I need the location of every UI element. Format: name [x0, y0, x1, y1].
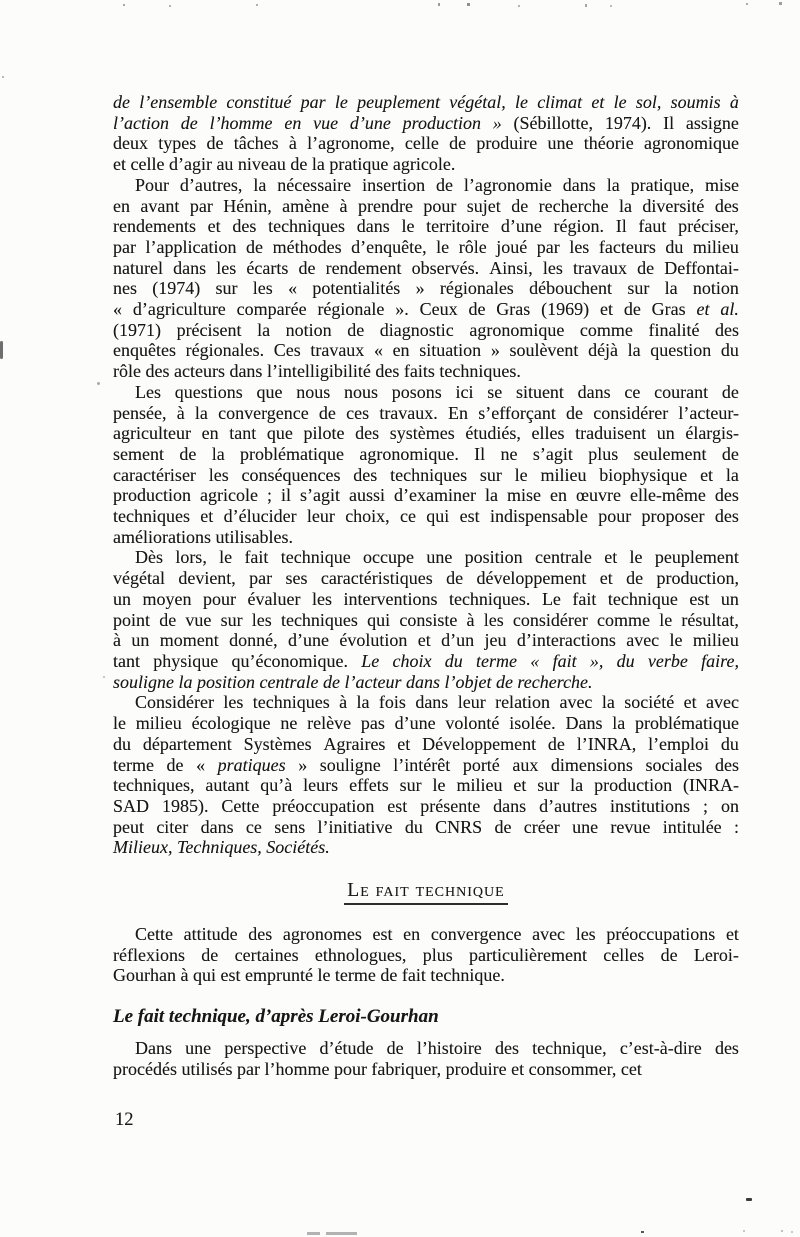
text-line: «d’agriculturecomparéerégionale».CeuxdeG…: [113, 299, 739, 320]
word: celle: [405, 133, 439, 154]
word: comparée: [237, 299, 307, 320]
word: à: [339, 692, 347, 713]
word: travaux: [310, 340, 364, 361]
word: choix: [393, 651, 432, 672]
word: les: [543, 258, 563, 279]
word: dans: [563, 175, 596, 196]
word: d’un: [441, 630, 474, 651]
word: l’application: [146, 237, 237, 258]
word: d’autres: [539, 796, 597, 817]
word: à: [289, 133, 297, 154]
word: la: [253, 175, 266, 196]
paragraph: Pourd’autres,lanécessaireinsertiondel’ag…: [113, 175, 739, 382]
word: Cette: [221, 796, 259, 817]
word: une: [548, 133, 574, 154]
word: se: [487, 382, 502, 403]
word: société: [624, 692, 674, 713]
word: considérer: [513, 610, 588, 631]
text-line: sementdelaproblématiqueagronomique.Ilnes…: [113, 444, 739, 465]
text-line: pointdevuesurlestechniquesquiconsisteàle…: [113, 610, 739, 631]
word: soulèvent: [509, 340, 578, 361]
word: fois: [379, 692, 406, 713]
word: diagnostic: [380, 320, 454, 341]
word: milieu: [456, 775, 502, 796]
word: SAD: [113, 796, 149, 817]
word: un: [721, 589, 739, 610]
word: d’étude: [319, 1038, 373, 1059]
text-line: productionagricole;ils’agitaussid’examin…: [113, 485, 739, 506]
word: d’interactions: [517, 630, 616, 651]
word: recherche: [539, 196, 609, 217]
word: Les: [135, 382, 161, 403]
word: de: [566, 403, 583, 424]
text-line: Pourd’autres,lanécessaireinsertiondel’ag…: [113, 175, 739, 196]
word: Le: [361, 651, 379, 672]
word: »: [491, 340, 500, 361]
word: et: [600, 568, 613, 589]
word: Dans: [565, 713, 602, 734]
word: techniques: [268, 216, 345, 237]
word: qui: [367, 610, 390, 631]
word: à: [177, 403, 185, 424]
word: avant: [140, 196, 179, 217]
word: nous: [296, 382, 330, 403]
word: l’agronome,: [307, 133, 394, 154]
text-line: enavantparHénin,amèneàprendrepoursujetde…: [113, 196, 739, 217]
text-column: del’ensembleconstituéparlepeuplementvégé…: [113, 92, 739, 1130]
scan-speck: [438, 3, 440, 6]
word: on: [721, 796, 739, 817]
word: Cette: [135, 924, 173, 945]
text-line: termede«pratiques»soulignel’intérêtporté…: [113, 755, 739, 776]
text-line: peutciterdanscesensl’initiativeduCNRSdec…: [113, 817, 739, 838]
word: devient,: [178, 568, 235, 589]
scan-speck: [169, 5, 171, 7]
word: de: [722, 382, 739, 403]
word: sur: [400, 775, 422, 796]
word: travaux: [573, 258, 627, 279]
word: du: [113, 734, 131, 755]
word: et: [700, 465, 713, 486]
word: des: [715, 196, 739, 217]
word: les: [223, 692, 243, 713]
text-line: agriculteurentantquepilotedessystèmesétu…: [113, 423, 739, 444]
word: les: [209, 465, 229, 486]
scan-speck: [2, 76, 4, 78]
word: ».: [395, 299, 409, 320]
word: la: [612, 713, 625, 734]
word: l’emploi: [648, 734, 709, 755]
paragraph: Considérerlestechniquesàlafoisdansleurre…: [113, 692, 739, 858]
word: développement: [476, 568, 586, 589]
word: consiste: [399, 610, 457, 631]
word: citer: [156, 817, 188, 838]
text-line: Gourhan à qui est emprunté le terme de f…: [113, 965, 739, 986]
word: ne: [280, 713, 297, 734]
text-line: l’actiondel’hommeenvued’uneproduction»(S…: [113, 113, 739, 134]
word: (INRA-: [683, 775, 739, 796]
word: convergence: [431, 924, 522, 945]
word: la: [485, 485, 498, 506]
word: dans: [578, 382, 611, 403]
text-line: lemilieuécologiquenerelèvepasd’unevolont…: [113, 713, 739, 734]
word: deux: [113, 133, 148, 154]
text-line: natureldanslesécartsderendementobservés.…: [113, 258, 739, 279]
word: revue: [610, 817, 650, 838]
word: réflexions: [113, 945, 185, 966]
text-line: enquêtesrégionales.Cestravaux«ensituatio…: [113, 340, 739, 361]
word: seulement: [634, 444, 707, 465]
word: Développement: [422, 734, 536, 755]
word: production: [594, 775, 672, 796]
word: ce: [246, 817, 262, 838]
word: mise: [705, 175, 739, 196]
word: convergence: [218, 403, 309, 424]
word: le: [614, 92, 627, 113]
text-line: Dèslors,lefaittechniqueoccupeuneposition…: [113, 547, 739, 568]
word: résultat,: [681, 610, 738, 631]
word: de: [626, 568, 643, 589]
word: ces: [346, 403, 369, 424]
word: notion: [286, 320, 332, 341]
word: choix,: [345, 506, 390, 527]
word: prendre: [358, 196, 413, 217]
word: et: [397, 734, 410, 755]
word: de: [179, 444, 196, 465]
word: d’autres,: [180, 175, 242, 196]
word: climat: [537, 92, 582, 113]
word: effets: [349, 775, 389, 796]
text-line: rôle des acteurs dans l’intelligibilité …: [113, 361, 739, 382]
word: territoire: [426, 216, 489, 237]
word: assigne: [686, 113, 739, 134]
word: régionales: [440, 278, 514, 299]
text-segment: souligne la position centrale de l’acteu…: [113, 672, 593, 692]
word: »,: [590, 651, 604, 672]
word: la: [607, 175, 620, 196]
word: du: [721, 734, 739, 755]
word: d’une: [350, 113, 391, 134]
word: le: [113, 713, 126, 734]
word: l’INRA,: [577, 734, 637, 755]
word: ne: [501, 444, 518, 465]
word: problématique: [240, 444, 344, 465]
word: créer: [524, 817, 560, 838]
word: les: [484, 610, 504, 631]
word: Il: [663, 113, 674, 134]
word: de: [347, 320, 364, 341]
word: enquêtes: [113, 340, 176, 361]
word: considérer: [593, 403, 668, 424]
word: dimensions: [551, 755, 633, 776]
word: de: [113, 92, 130, 113]
word: milieu: [136, 713, 182, 734]
word: en: [393, 340, 410, 361]
word: sur: [221, 610, 243, 631]
word: faire,: [701, 651, 739, 672]
word: le: [219, 547, 232, 568]
text-segment: rôle des acteurs dans l’intelligibilité …: [113, 361, 521, 381]
word: la: [726, 465, 739, 486]
word: «: [288, 278, 297, 299]
word: fait: [572, 589, 596, 610]
scan-speck: [256, 4, 258, 6]
word: insertion: [362, 175, 425, 196]
word: Hénin,: [223, 196, 272, 217]
text-line: souligne la position centrale de l’acteu…: [113, 672, 739, 693]
word: pilote: [303, 423, 344, 444]
word: naturel: [113, 258, 163, 279]
word: aux: [512, 755, 538, 776]
word: lors,: [175, 547, 207, 568]
word: centrale: [535, 547, 592, 568]
word: techniques: [281, 610, 358, 631]
word: est: [689, 589, 709, 610]
word: verbe: [648, 651, 688, 672]
word: pas: [361, 713, 385, 734]
word: biophysique: [599, 465, 687, 486]
word: écologique: [192, 713, 271, 734]
word: d’examiner: [394, 485, 476, 506]
word: ethnologues,: [315, 945, 407, 966]
paragraph: del’ensembleconstituéparlepeuplementvégé…: [113, 92, 739, 175]
word: caractériser: [113, 465, 196, 486]
word: potentialités: [312, 278, 400, 299]
word: du: [617, 651, 635, 672]
word: méthodes: [273, 237, 342, 258]
word: «: [196, 755, 205, 776]
word: de: [201, 945, 218, 966]
word: notion: [693, 278, 739, 299]
word: milieu: [693, 237, 739, 258]
word: 1985).: [162, 796, 209, 817]
word: région.: [554, 216, 604, 237]
word: le: [335, 92, 348, 113]
word: l’agronomie: [464, 175, 552, 196]
word: il: [281, 485, 291, 506]
text-line: unmoyenpourévaluerlesinterventionstechni…: [113, 589, 739, 610]
text-line: del’ensembleconstituéparlepeuplementvégé…: [113, 92, 739, 113]
text-line: àunmomentdonné,d’uneévolutionetd’unjeud’…: [113, 630, 739, 651]
word: plus: [423, 945, 453, 966]
word: Ceux: [420, 299, 458, 320]
word: étudiés,: [465, 423, 521, 444]
word: la: [619, 196, 632, 217]
word: l’acteur-: [678, 403, 739, 424]
scan-speck: [103, 676, 105, 678]
word: produire: [476, 133, 537, 154]
word: végétal,: [449, 92, 505, 113]
word: tant: [229, 423, 256, 444]
word: Pour: [135, 175, 169, 196]
word: le: [433, 775, 446, 796]
word: pratique,: [631, 175, 694, 196]
word: s’agit: [533, 444, 573, 465]
text-line: (1971)précisentlanotiondediagnosticagron…: [113, 320, 739, 341]
word: Le: [542, 589, 561, 610]
word: moment: [160, 630, 219, 651]
text-line: tantphysiquequ’économique.Lechoixduterme…: [113, 651, 739, 672]
text-line: pensée,àlaconvergencedecestravaux.Ens’ef…: [113, 403, 739, 424]
text-line: Lesquestionsquenousnousposonsicisesituen…: [113, 382, 739, 403]
word: et: [600, 299, 613, 320]
word: conséquences: [242, 465, 341, 486]
scan-speck: [97, 382, 100, 385]
word: peuplement: [655, 547, 739, 568]
word: régionale: [317, 299, 384, 320]
word: jeu: [484, 630, 506, 651]
text-segment: améliorations utilisables.: [113, 527, 293, 547]
word: de: [319, 403, 336, 424]
scan-speck: [791, 1231, 793, 1233]
word: perspective: [224, 1038, 306, 1059]
word: terme: [476, 651, 517, 672]
word: de: [637, 258, 654, 279]
word: évolution: [339, 630, 407, 651]
word: vue: [185, 610, 211, 631]
word: peut: [113, 817, 144, 838]
word: agronomes: [283, 924, 362, 945]
word: peuplement: [357, 92, 440, 113]
word: les: [312, 589, 332, 610]
word: en: [403, 924, 420, 945]
word: (1969): [541, 299, 589, 320]
word: pour: [423, 196, 456, 217]
word: sement: [113, 444, 164, 465]
word: théorie: [584, 133, 634, 154]
word: une: [185, 1038, 211, 1059]
word: d’une: [288, 630, 329, 651]
word: leur: [458, 692, 486, 713]
text-segment: Milieux, Techniques, Sociétés.: [113, 837, 330, 857]
word: des: [715, 755, 739, 776]
word: les: [252, 610, 272, 631]
word: CNRS: [435, 817, 482, 838]
text-line: techniques,autantqu’àleurseffetssurlemil…: [113, 775, 739, 796]
word: que: [256, 382, 282, 403]
word: les: [569, 237, 589, 258]
word: de: [624, 299, 641, 320]
word: la: [257, 320, 270, 341]
word: par: [537, 237, 560, 258]
word: qu’à: [260, 775, 292, 796]
word: à: [340, 196, 348, 217]
word: dans: [201, 817, 234, 838]
word: rôle: [459, 237, 487, 258]
word: comme: [580, 320, 633, 341]
word: sujet: [467, 196, 501, 217]
word: pour: [203, 589, 236, 610]
text-line: rendementsetdestechniquesdansleterritoir…: [113, 216, 739, 237]
word: de: [159, 610, 176, 631]
word: traduisent: [575, 423, 646, 444]
word: avec: [559, 692, 592, 713]
paragraph: Lesquestionsquenousnousposonsicisesituen…: [113, 382, 739, 548]
word: diversité: [642, 196, 704, 217]
word: particulièrement: [469, 945, 587, 966]
word: préoccupations: [606, 924, 715, 945]
word: courant: [654, 382, 708, 403]
word: les: [253, 278, 273, 299]
word: le: [630, 547, 643, 568]
text-line: dudépartementSystèmesAgrairesetDéveloppe…: [113, 734, 739, 755]
word: nes: [113, 278, 137, 299]
word: production: [113, 485, 191, 506]
word: pratiques: [218, 755, 286, 776]
word: rendement: [326, 258, 402, 279]
word: Dans: [135, 1038, 172, 1059]
word: à: [730, 92, 739, 113]
word: des: [715, 1038, 739, 1059]
word: ce: [624, 382, 640, 403]
word: une: [572, 817, 598, 838]
word: du: [405, 817, 423, 838]
word: est: [373, 924, 393, 945]
word: Agraires: [323, 734, 385, 755]
word: de: [387, 1038, 404, 1059]
word: des: [715, 320, 739, 341]
word: de: [449, 133, 466, 154]
word: agronomique.: [359, 444, 458, 465]
word: et: [591, 92, 604, 113]
word: préciser,: [678, 216, 739, 237]
word: et: [684, 692, 697, 713]
word: technique: [281, 547, 351, 568]
word: la: [570, 775, 583, 796]
word: d’agriculture: [133, 299, 226, 320]
word: d’élucider: [224, 506, 297, 527]
text-line: végétaldevient,parsescaractéristiquesded…: [113, 568, 739, 589]
word: sol,: [636, 92, 662, 113]
scan-dash: [307, 1232, 320, 1235]
word: situation: [419, 340, 481, 361]
word: en: [113, 196, 130, 217]
word: qu’économique.: [232, 651, 348, 672]
word: systèmes: [390, 423, 455, 444]
word: leurs: [303, 775, 338, 796]
word: elle-même: [630, 485, 706, 506]
word: le: [515, 465, 528, 486]
word: Leroi-: [694, 945, 739, 966]
text-segment: Gourhan à qui est emprunté le terme de f…: [113, 965, 505, 985]
word: par: [190, 196, 213, 217]
word: c’est-à-dire: [620, 1038, 702, 1059]
word: intitulée: [663, 817, 722, 838]
word: ce: [400, 506, 416, 527]
word: l’initiative: [318, 817, 393, 838]
text-line: caractériserlesconséquencesdestechniques…: [113, 465, 739, 486]
scan-speck: [743, 1230, 745, 1232]
word: sur: [537, 775, 559, 796]
word: l’ensemble: [139, 92, 217, 113]
word: sociales: [645, 755, 702, 776]
word: des: [232, 216, 256, 237]
word: certaines: [235, 945, 299, 966]
word: technique: [608, 589, 678, 610]
word: écarts: [246, 258, 288, 279]
word: nécessaire: [277, 175, 351, 196]
word: constitué: [226, 92, 291, 113]
word: de: [548, 734, 565, 755]
word: préoccupation: [272, 796, 374, 817]
word: »: [416, 278, 425, 299]
word: (1971): [113, 320, 161, 341]
word: le: [515, 92, 528, 113]
word: œuvre: [576, 485, 621, 506]
word: dans: [173, 258, 206, 279]
paragraph: Dèslors,lefaittechniqueoccupeuneposition…: [113, 547, 739, 692]
word: observés.: [412, 258, 479, 279]
